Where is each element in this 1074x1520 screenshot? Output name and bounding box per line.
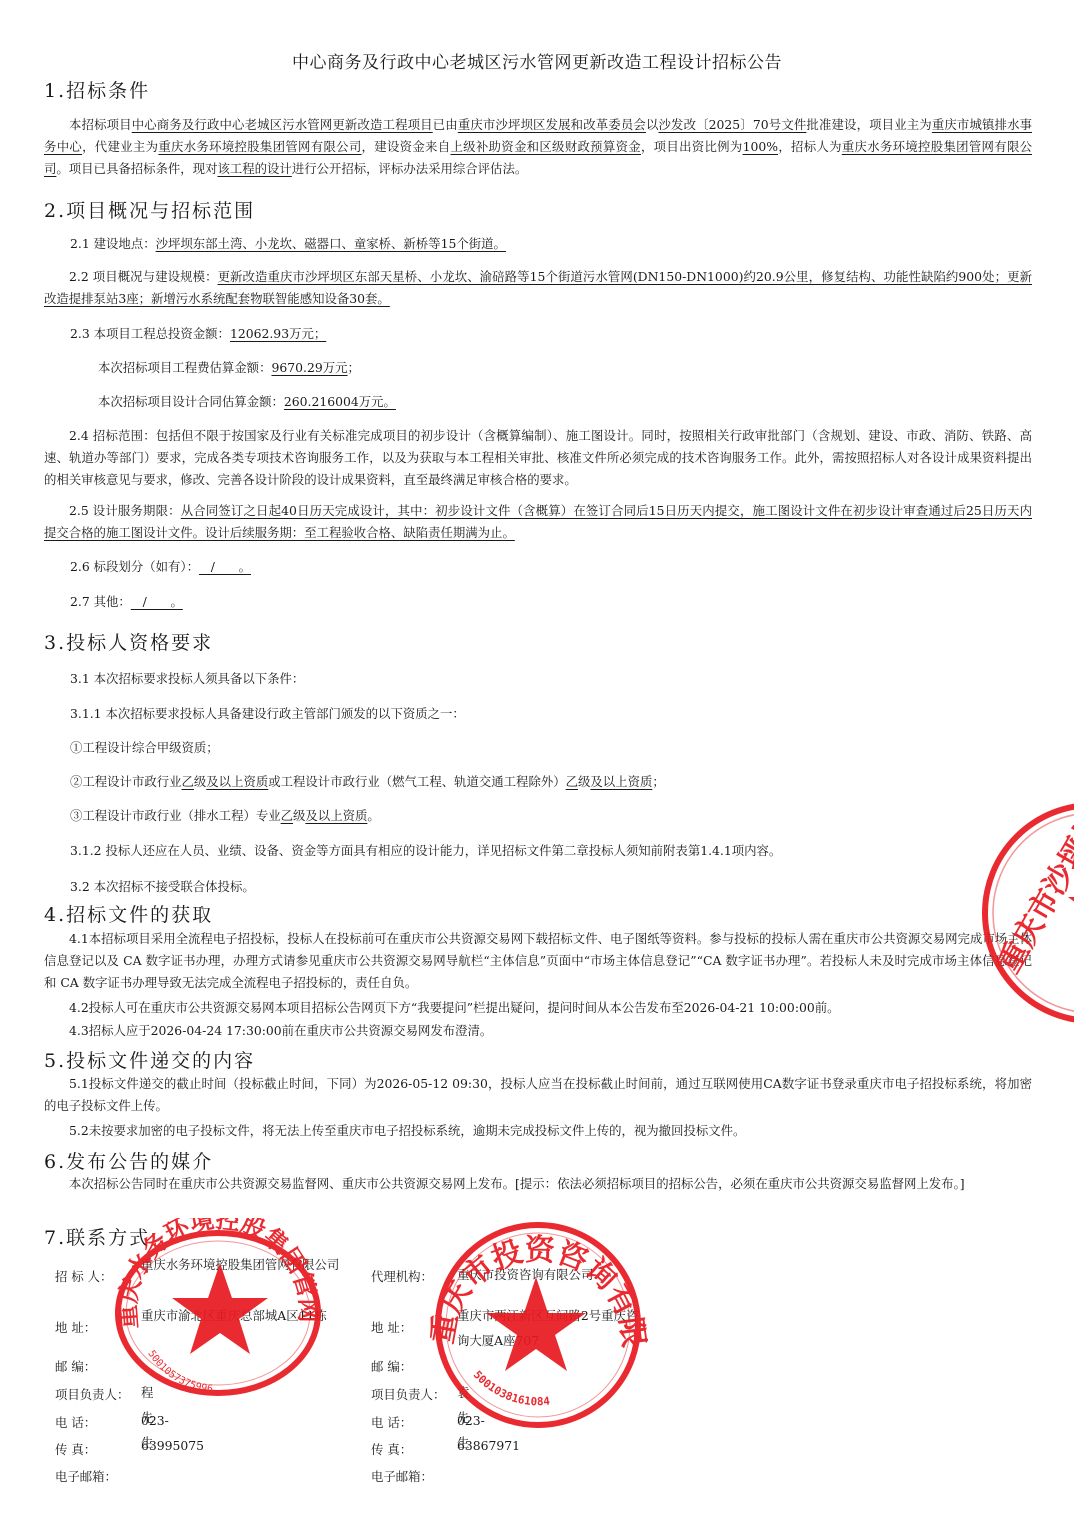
- item-2-6: 2.6 标段划分（如有）： / 。: [70, 557, 251, 575]
- funding-ratio: 100%: [743, 139, 778, 154]
- funding-source: 上级补助资金和区级财政预算资金: [450, 139, 641, 154]
- approval-authority: 重庆市沙坪坝区发展和改革委员会: [458, 117, 646, 132]
- construction-site: 沙坪坝东部土湾、小龙坎、磁器口、童家桥、新桥等15个街道。: [156, 236, 506, 251]
- item-2-1: 2.1 建设地点：沙坪坝东部土湾、小龙坎、磁器口、童家桥、新桥等15个街道。: [70, 234, 506, 252]
- tenderer-address: 重庆市渝北区重庆总部城A区11栋: [141, 1303, 341, 1328]
- qualification-1: ①工程设计综合甲级资质；: [70, 738, 219, 756]
- section-2-heading: 2.项目概况与招标范围: [44, 196, 255, 223]
- qualification-3: ③工程设计市政行业（排水工程）专业乙级及以上资质。: [70, 806, 380, 824]
- item-2-4: 2.4 招标范围：包括但不限于按国家及行业有关标准完成项目的初步设计（含概算编制…: [44, 425, 1032, 491]
- section-3-heading: 3.投标人资格要求: [44, 628, 213, 655]
- item-2-5: 2.5 设计服务期限：从合同签订之日起40日历天完成设计，其中：初步设计文件（含…: [44, 500, 1032, 544]
- design-contract-estimate: 本次招标项目设计合同估算金额：260.216004万元。: [98, 392, 396, 410]
- media-paragraph: 本次招标公告同时在重庆市公共资源交易监督网、重庆市公共资源交易网上发布。[提示：…: [44, 1173, 1032, 1195]
- tenderer-org: 重庆水务环境控股集团管网有限公司: [141, 1252, 341, 1277]
- svg-text:5001057375996: 5001057375996: [145, 1349, 213, 1396]
- agent-owner: 重庆水务环境控股集团管网有限公司: [158, 139, 361, 154]
- item-4-1: 4.1本招标项目采用全流程电子招投标，投标人在投标前可在重庆市公共资源交易网下载…: [44, 928, 1032, 994]
- service-period: 从合同签订之日起40日历天完成设计，其中：初步设计文件（含概算）在签订合同后15…: [44, 503, 1032, 540]
- item-3-1: 3.1 本次招标要求投标人须具备以下条件：: [70, 669, 304, 687]
- svg-text:5001038161084: 5001038161084: [471, 1368, 551, 1408]
- section-7-heading: 7.联系方式: [44, 1223, 150, 1250]
- item-3-1-1: 3.1.1 本次招标要求投标人具备建设行政主管部门颁发的以下资质之一：: [70, 704, 465, 722]
- item-3-1-2: 3.1.2 投标人还应在人员、业绩、设备、资金等方面具有相应的设计能力，详见招标…: [70, 841, 781, 859]
- item-2-7: 2.7 其他： / 。: [70, 592, 183, 610]
- total-investment: 12062.93万元；: [230, 326, 326, 341]
- tender-announcement-page: 中心商务及行政中心老城区污水管网更新改造工程设计招标公告 1.招标条件 本招标项…: [0, 0, 1074, 1520]
- item-5-1: 5.1投标文件递交的截止时间（投标截止时间，下同）为2026-05-12 09:…: [44, 1073, 1032, 1117]
- approval-document: 沙发改〔2025〕70号文件: [658, 117, 806, 132]
- project-name: 中心商务及行政中心老城区污水管网更新改造工程项目: [132, 117, 433, 132]
- section-5-heading: 5.投标文件递交的内容: [44, 1046, 255, 1073]
- agency-address: 重庆市两江新区互间路2号重庆咨询大厦A座707: [457, 1303, 647, 1353]
- tenderer-phone: 023-63995075: [141, 1408, 204, 1458]
- qualification-2: ②工程设计市政行业乙级及以上资质或工程设计市政行业（燃气工程、轨道交通工程除外）…: [70, 772, 665, 790]
- item-3-2: 3.2 本次招标不接受联合体投标。: [70, 877, 255, 895]
- document-title: 中心商务及行政中心老城区污水管网更新改造工程设计招标公告: [0, 48, 1074, 73]
- section-1-paragraph: 本招标项目中心商务及行政中心老城区污水管网更新改造工程项目已由重庆市沙坪坝区发展…: [44, 114, 1032, 180]
- section-1-heading: 1.招标条件: [44, 76, 150, 103]
- engineering-cost-value: 9670.29万元: [271, 360, 347, 375]
- item-5-2: 5.2未按要求加密的电子投标文件，将无法上传至重庆市电子招投标系统，逾期未完成投…: [44, 1120, 1032, 1142]
- agency-org: 重庆市投资咨询有限公司: [457, 1262, 657, 1287]
- item-4-2: 4.2投标人可在重庆市公共资源交易网本项目招标公告网页下方“我要提问”栏提出疑问…: [44, 997, 1032, 1019]
- section-6-heading: 6.发布公告的媒介: [44, 1147, 213, 1174]
- engineering-cost-estimate: 本次招标项目工程费估算金额：9670.29万元；: [98, 358, 360, 376]
- tender-subject: 该工程的设计: [217, 161, 291, 176]
- design-contract-value: 260.216004万元。: [284, 394, 396, 409]
- item-2-2: 2.2 项目概况与建设规模：更新改造重庆市沙坪坝区东部天星桥、小龙坎、渝碚路等1…: [44, 266, 1032, 310]
- item-2-3: 2.3 本项目工程总投资金额：12062.93万元；: [70, 324, 326, 342]
- section-4-heading: 4.招标文件的获取: [44, 900, 213, 927]
- agency-phone: 023-63867971: [457, 1408, 520, 1458]
- other-value: / 。: [131, 592, 183, 610]
- lot-division-value: / 。: [199, 557, 251, 575]
- item-4-3: 4.3招标人应于2026-04-24 17:30:00前在重庆市公共资源交易网发…: [44, 1020, 1032, 1042]
